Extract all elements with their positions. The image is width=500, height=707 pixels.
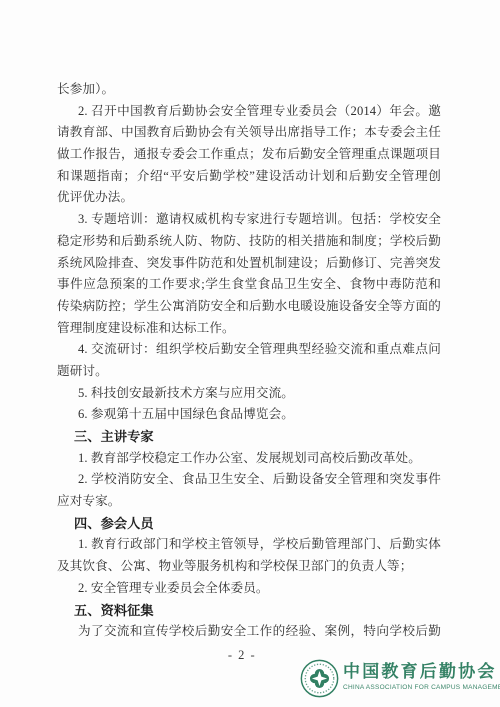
text-line: 1. 教育行政部门和学校主管领导，学校后勤管理部门、后勤实体 <box>57 534 441 556</box>
text-line: 题研讨。 <box>57 361 441 383</box>
text-line: 传染病防控；学生公寓消防安全和后勤水电暖设施设备安全等方面的 <box>57 296 441 318</box>
text-line: 做工作报告，通报专委会工作重点；发布后勤安全管理重点课题项目 <box>57 144 441 166</box>
org-name-english: CHINA ASSOCIATION FOR CAMPUS MANAGEMENT <box>343 683 500 692</box>
text-line: 管理制度建设标准和达标工作。 <box>57 318 441 340</box>
text-line: 2. 学校消防安全、食品卫生安全、后勤设备安全管理和突发事件 <box>57 469 441 491</box>
org-name-chinese: 中国教育后勤协会 <box>343 662 500 683</box>
text-line: 事件应急预案的工作要求;学生食堂食品卫生安全、食物中毒防范和 <box>57 274 441 296</box>
text-line: 优评优办法。 <box>57 187 441 209</box>
org-emblem-icon <box>300 659 339 698</box>
text-line: 6. 参观第十五届中国绿色食品博览会。 <box>57 404 441 426</box>
text-line: 稳定形势和后勤系统人防、物防、技防的相关措施和制度；学校后勤 <box>57 231 441 253</box>
document-body: 长参加）。2. 召开中国教育后勤协会安全管理专业委员会（2014）年会。邀请教育… <box>57 79 441 643</box>
text-line: 2. 安全管理专业委员会全体委员。 <box>57 578 441 600</box>
text-line: 1. 教育部学校稳定工作办公室、发展规划司高校后勤改革处。 <box>57 448 441 470</box>
text-line: 4. 交流研讨：组织学校后勤安全管理典型经验交流和重点难点问 <box>57 339 441 361</box>
text-line: 请教育部、中国教育后勤协会有关领导出席指导工作；本专委会主任 <box>57 122 441 144</box>
text-line: 和课题指南；介绍“平安后勤学校”建设活动计划和后勤安全管理创 <box>57 166 441 188</box>
text-line: 2. 召开中国教育后勤协会安全管理专业委员会（2014）年会。邀 <box>57 101 441 123</box>
text-line: 系统风险排查、突发事件防范和处置机制建设；后勤修订、完善突发 <box>57 253 441 275</box>
section-heading: 四、参会人员 <box>57 513 441 535</box>
section-heading: 三、主讲专家 <box>57 426 441 448</box>
section-heading: 五、资料征集 <box>57 600 441 622</box>
text-line: 为了交流和宣传学校后勤安全工作的经验、案例，特向学校后勤 <box>57 621 441 643</box>
text-line: 5. 科技创安最新技术方案与应用交流。 <box>57 383 441 405</box>
org-logo: 中国教育后勤协会 CHINA ASSOCIATION FOR CAMPUS MA… <box>300 659 500 698</box>
text-line: 及其饮食、公寓、物业等服务机构和学校保卫部门的负责人等； <box>57 556 441 578</box>
text-line: 长参加）。 <box>57 79 441 101</box>
org-logo-text: 中国教育后勤协会 CHINA ASSOCIATION FOR CAMPUS MA… <box>343 659 500 692</box>
text-line: 应对专家。 <box>57 491 441 513</box>
document-page: 长参加）。2. 召开中国教育后勤协会安全管理专业委员会（2014）年会。邀请教育… <box>0 0 500 707</box>
text-line: 3. 专题培训：邀请权威机构专家进行专题培训。包括：学校安全 <box>57 209 441 231</box>
